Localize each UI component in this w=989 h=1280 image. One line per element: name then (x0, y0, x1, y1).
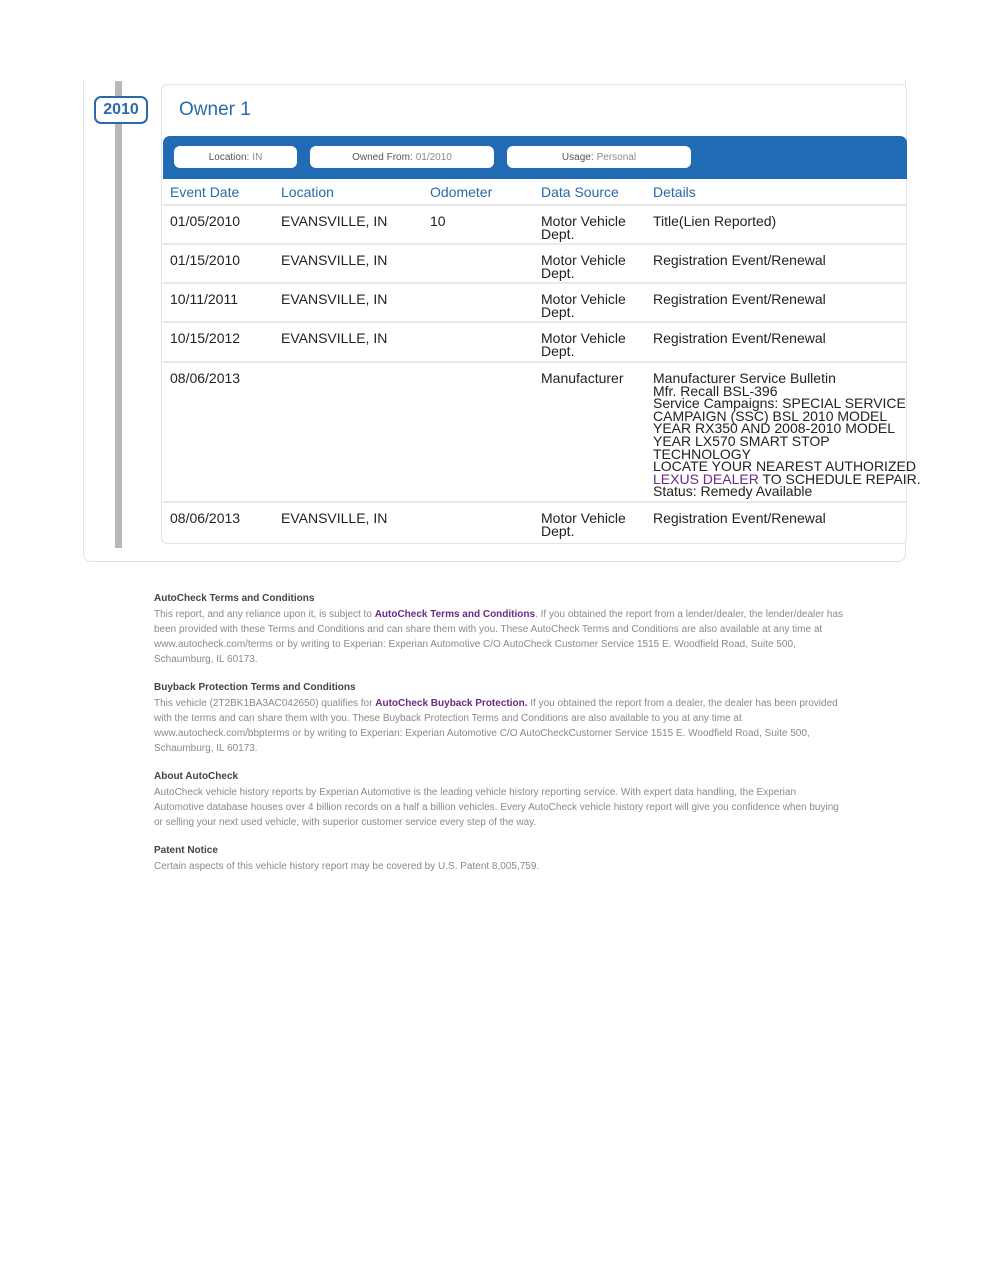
event-date: 08/06/2013 (170, 372, 240, 385)
owner-card: Owner 1 Location: IN Owned From: 01/2010… (161, 84, 907, 544)
event-details: Registration Event/Renewal (653, 293, 898, 306)
event-date: 10/11/2011 (170, 293, 238, 306)
table-row: 08/06/2013 Manufacturer Manufacturer Ser… (163, 363, 907, 503)
owner-title: Owner 1 (179, 99, 251, 121)
table-row: 01/15/2010 EVANSVILLE, IN Motor Vehicle … (163, 245, 907, 284)
header-details: Details (653, 184, 696, 200)
event-details: Registration Event/Renewal (653, 254, 898, 267)
recall-status: Status: Remedy Available (653, 485, 898, 498)
buyback-link[interactable]: AutoCheck Buyback Protection. (375, 698, 527, 709)
event-location: EVANSVILLE, IN (281, 293, 387, 306)
event-source: Manufacturer (541, 372, 641, 385)
event-location: EVANSVILLE, IN (281, 254, 387, 267)
buyback-title: Buyback Protection Terms and Conditions (154, 681, 844, 695)
year-badge: 2010 (94, 96, 148, 124)
header-data-source: Data Source (541, 184, 619, 200)
event-source: Motor Vehicle Dept. (541, 293, 641, 318)
patent-title: Patent Notice (154, 844, 844, 858)
event-date: 01/05/2010 (170, 215, 240, 228)
buyback-section: Buyback Protection Terms and Conditions … (154, 681, 844, 756)
usage-value: Personal (597, 152, 636, 163)
patent-body: Certain aspects of this vehicle history … (154, 859, 844, 874)
header-odometer: Odometer (430, 184, 492, 200)
owned-from-label: Owned From: (352, 152, 413, 163)
event-date: 08/06/2013 (170, 512, 240, 525)
event-source: Motor Vehicle Dept. (541, 254, 641, 279)
terms-body: This report, and any reliance upon it, i… (154, 607, 844, 667)
terms-text-pre: This report, and any reliance upon it, i… (154, 609, 375, 620)
terms-section: AutoCheck Terms and Conditions This repo… (154, 592, 844, 667)
timeline-bar (115, 81, 122, 548)
location-label: Location: (209, 152, 250, 163)
event-details: Registration Event/Renewal (653, 332, 898, 345)
event-odometer: 10 (430, 215, 446, 228)
footer-legal: AutoCheck Terms and Conditions This repo… (154, 592, 844, 888)
event-details: Registration Event/Renewal (653, 512, 898, 525)
buyback-body: This vehicle (2T2BK1BA3AC042650) qualifi… (154, 696, 844, 756)
event-location: EVANSVILLE, IN (281, 215, 387, 228)
event-date: 10/15/2012 (170, 332, 240, 345)
event-location: EVANSVILLE, IN (281, 512, 387, 525)
event-location: EVANSVILLE, IN (281, 332, 387, 345)
header-location: Location (281, 184, 334, 200)
owner-info-bar: Location: IN Owned From: 01/2010 Usage: … (163, 136, 907, 179)
event-source: Motor Vehicle Dept. (541, 332, 641, 357)
event-details: Title(Lien Reported) (653, 215, 898, 228)
about-body: AutoCheck vehicle history reports by Exp… (154, 785, 844, 830)
header-event-date: Event Date (170, 184, 239, 200)
event-source: Motor Vehicle Dept. (541, 215, 641, 240)
terms-link[interactable]: AutoCheck Terms and Conditions (375, 609, 535, 620)
patent-section: Patent Notice Certain aspects of this ve… (154, 844, 844, 874)
recall-details: Manufacturer Service Bulletin Mfr. Recal… (653, 372, 898, 498)
location-value: IN (252, 152, 262, 163)
table-row: 10/15/2012 EVANSVILLE, IN Motor Vehicle … (163, 323, 907, 363)
location-pill: Location: IN (174, 146, 297, 168)
usage-pill: Usage: Personal (507, 146, 691, 168)
event-date: 01/15/2010 (170, 254, 240, 267)
buyback-text-pre: This vehicle (2T2BK1BA3AC042650) qualifi… (154, 698, 375, 709)
about-title: About AutoCheck (154, 770, 844, 784)
table-row: 08/06/2013 EVANSVILLE, IN Motor Vehicle … (163, 503, 907, 543)
table-row: 10/11/2011 EVANSVILLE, IN Motor Vehicle … (163, 284, 907, 323)
terms-title: AutoCheck Terms and Conditions (154, 592, 844, 606)
usage-label: Usage: (562, 152, 594, 163)
about-section: About AutoCheck AutoCheck vehicle histor… (154, 770, 844, 830)
owned-from-value: 01/2010 (416, 152, 452, 163)
owned-from-pill: Owned From: 01/2010 (310, 146, 494, 168)
table-row: 01/05/2010 EVANSVILLE, IN 10 Motor Vehic… (163, 206, 907, 245)
table-header: Event Date Location Odometer Data Source… (163, 179, 907, 206)
event-source: Motor Vehicle Dept. (541, 512, 641, 537)
